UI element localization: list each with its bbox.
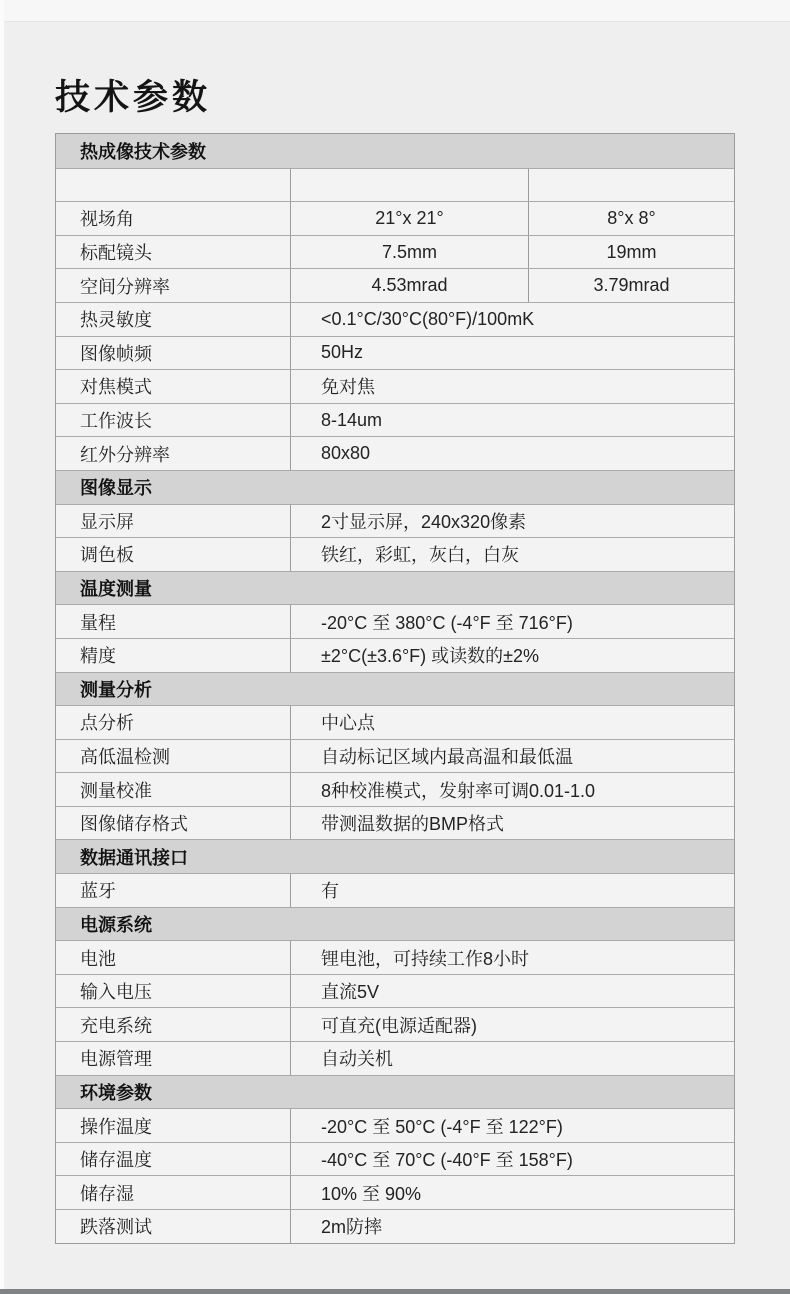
spec-row: 储存湿10% 至 90% [56,1175,734,1209]
spec-value: 80x80 [290,437,734,470]
spec-row: 标配镜头7.5mm19mm [56,235,734,269]
spec-label: 跌落测试 [56,1210,290,1243]
spec-value-col2 [290,169,528,202]
left-edge-strip [0,0,4,1289]
section-header-row: 图像显示 [56,470,734,504]
spec-value: 可直充(电源适配器) [290,1008,734,1041]
section-header-row: 电源系统 [56,907,734,941]
spec-row: 电池锂电池，可持续工作8小时 [56,940,734,974]
spec-value: 8-14um [290,404,734,437]
spec-label: 储存温度 [56,1143,290,1176]
spec-value: 带测温数据的BMP格式 [290,807,734,840]
spec-label: 点分析 [56,706,290,739]
section-header-label: 电源系统 [56,908,734,941]
spec-row: 测量校准8种校准模式，发射率可调0.01-1.0 [56,772,734,806]
spec-row: 红外分辨率80x80 [56,436,734,470]
spec-label: 充电系统 [56,1008,290,1041]
spec-label: 输入电压 [56,975,290,1008]
spec-value: 2m防摔 [290,1210,734,1243]
section-header-label: 图像显示 [56,471,734,504]
spec-label: 高低温检测 [56,740,290,773]
spec-row: 热灵敏度<0.1°C/30°C(80°F)/100mK [56,302,734,336]
spec-label: 蓝牙 [56,874,290,907]
spec-row: 精度±2°C(±3.6°F) 或读数的±2% [56,638,734,672]
spec-value: <0.1°C/30°C(80°F)/100mK [290,303,734,336]
spec-value: 免对焦 [290,370,734,403]
spec-value-col2: 21°x 21° [290,202,528,235]
spec-value: 铁红，彩虹，灰白，白灰 [290,538,734,571]
section-header-row: 测量分析 [56,672,734,706]
spec-row: 点分析中心点 [56,705,734,739]
spec-value: 10% 至 90% [290,1176,734,1209]
spec-label: 测量校准 [56,773,290,806]
section-header-label: 环境参数 [56,1076,734,1109]
spec-value-col2: 7.5mm [290,236,528,269]
spec-row [56,168,734,202]
spec-value: 50Hz [290,337,734,370]
spec-value: 自动关机 [290,1042,734,1075]
spec-value-col3: 8°x 8° [528,202,734,235]
spec-value: 有 [290,874,734,907]
spec-label: 量程 [56,605,290,638]
spec-label: 储存湿 [56,1176,290,1209]
spec-label: 工作波长 [56,404,290,437]
spec-row: 高低温检测自动标记区域内最高温和最低温 [56,739,734,773]
page: 技术参数 热成像技术参数视场角21°x 21°8°x 8°标配镜头7.5mm19… [0,0,790,1294]
spec-row: 蓝牙有 [56,873,734,907]
spec-label: 标配镜头 [56,236,290,269]
spec-value: 中心点 [290,706,734,739]
section-header-label: 测量分析 [56,673,734,706]
spec-label: 图像帧频 [56,337,290,370]
section-header-label: 温度测量 [56,572,734,605]
spec-row: 调色板铁红，彩虹，灰白，白灰 [56,537,734,571]
section-header-row: 热成像技术参数 [56,134,734,168]
spec-label: 显示屏 [56,505,290,538]
spec-value: -20°C 至 380°C (-4°F 至 716°F) [290,605,734,638]
spec-value: ±2°C(±3.6°F) 或读数的±2% [290,639,734,672]
spec-label: 空间分辨率 [56,269,290,302]
spec-label: 操作温度 [56,1109,290,1142]
section-header-row: 数据通讯接口 [56,839,734,873]
spec-value: 自动标记区域内最高温和最低温 [290,740,734,773]
spec-value: -40°C 至 70°C (-40°F 至 158°F) [290,1143,734,1176]
spec-label: 电源管理 [56,1042,290,1075]
specs-table: 热成像技术参数视场角21°x 21°8°x 8°标配镜头7.5mm19mm空间分… [55,133,735,1244]
spec-label [56,169,290,202]
spec-row: 对焦模式免对焦 [56,369,734,403]
spec-row: 跌落测试2m防摔 [56,1209,734,1243]
spec-value: 2寸显示屏，240x320像素 [290,505,734,538]
spec-label: 红外分辨率 [56,437,290,470]
spec-label: 图像储存格式 [56,807,290,840]
spec-row: 输入电压直流5V [56,974,734,1008]
bottom-bar [0,1289,790,1294]
spec-row: 图像储存格式带测温数据的BMP格式 [56,806,734,840]
spec-value: 8种校准模式，发射率可调0.01-1.0 [290,773,734,806]
spec-row: 空间分辨率4.53mrad3.79mrad [56,268,734,302]
spec-row: 操作温度-20°C 至 50°C (-4°F 至 122°F) [56,1108,734,1142]
spec-row: 电源管理自动关机 [56,1041,734,1075]
section-header-row: 环境参数 [56,1075,734,1109]
spec-row: 工作波长8-14um [56,403,734,437]
spec-row: 储存温度-40°C 至 70°C (-40°F 至 158°F) [56,1142,734,1176]
spec-value-col3: 19mm [528,236,734,269]
spec-label: 调色板 [56,538,290,571]
spec-label: 视场角 [56,202,290,235]
spec-row: 量程-20°C 至 380°C (-4°F 至 716°F) [56,604,734,638]
section-header-row: 温度测量 [56,571,734,605]
spec-value-col3: 3.79mrad [528,269,734,302]
section-header-label: 热成像技术参数 [56,134,734,168]
spec-label: 热灵敏度 [56,303,290,336]
spec-row: 充电系统可直充(电源适配器) [56,1007,734,1041]
page-title: 技术参数 [55,70,211,120]
section-header-label: 数据通讯接口 [56,840,734,873]
spec-row: 显示屏2寸显示屏，240x320像素 [56,504,734,538]
spec-value-col3 [528,169,734,202]
spec-value: 锂电池，可持续工作8小时 [290,941,734,974]
spec-label: 电池 [56,941,290,974]
spec-row: 视场角21°x 21°8°x 8° [56,201,734,235]
spec-value-col2: 4.53mrad [290,269,528,302]
spec-row: 图像帧频50Hz [56,336,734,370]
spec-label: 精度 [56,639,290,672]
spec-value: -20°C 至 50°C (-4°F 至 122°F) [290,1109,734,1142]
spec-label: 对焦模式 [56,370,290,403]
spec-value: 直流5V [290,975,734,1008]
top-strip [0,0,790,22]
